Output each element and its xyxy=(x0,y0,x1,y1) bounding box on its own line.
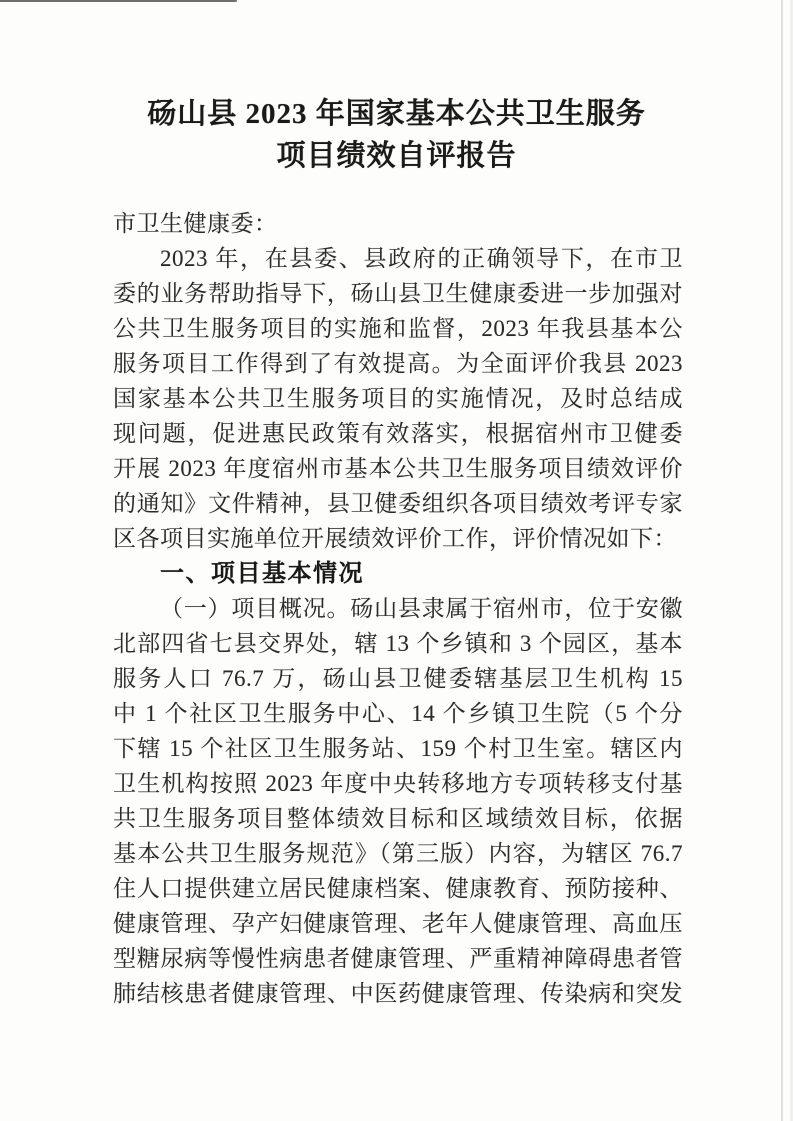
salutation-line: 市卫生健康委： xyxy=(113,206,683,241)
document-title: 砀山县 2023 年国家基本公共卫生服务 项目绩效自评报告 xyxy=(0,93,793,177)
body-line: 型糖尿病等慢性病患者健康管理、严重精神障碍患者管理、 xyxy=(113,941,683,976)
scanned-document-page: 砀山县 2023 年国家基本公共卫生服务 项目绩效自评报告 市卫生健康委： 20… xyxy=(0,0,793,1121)
document-title-line2: 项目绩效自评报告 xyxy=(0,135,793,177)
scan-artifact-top-line xyxy=(0,0,237,2)
body-line: 的通知》文件精神，县卫健委组织各项目绩效考评专家对辖 xyxy=(113,486,683,521)
body-line: 中 1 个社区卫生服务中心、14 个乡镇卫生院（5 个分院）。 xyxy=(113,696,683,731)
body-line: 住人口提供建立居民健康档案、健康教育、预防接种、儿童 xyxy=(113,871,683,906)
document-body: 市卫生健康委： 2023 年，在县委、县政府的正确领导下，在市卫生健康 委的业务… xyxy=(113,206,683,1011)
body-line: 委的业务帮助指导下，砀山县卫生健康委进一步加强对基本 xyxy=(113,276,683,311)
body-line: （一）项目概况。砀山县隶属于宿州市，位于安徽省最 xyxy=(113,591,683,626)
section-heading: 一、项目基本情况 xyxy=(113,556,683,591)
body-line: 开展 2023 年度宿州市基本公共卫生服务项目绩效评价工作 xyxy=(113,451,683,486)
body-line: 区各项目实施单位开展绩效评价工作，评价情况如下： xyxy=(113,521,683,556)
body-line: 服务项目工作得到了有效提高。为全面评价我县 2023 年度 xyxy=(113,346,683,381)
body-line: 服务人口 76.7 万，砀山县卫健委辖基层卫生机构 15 个，其 xyxy=(113,661,683,696)
body-line: 公共卫生服务项目的实施和监督，2023 年我县基本公共卫生 xyxy=(113,311,683,346)
body-line: 2023 年，在县委、县政府的正确领导下，在市卫生健康 xyxy=(113,241,683,276)
body-line: 共卫生服务项目整体绩效目标和区域绩效目标，依据《国家 xyxy=(113,801,683,836)
body-line: 下辖 15 个社区卫生服务站、159 个村卫生室。辖区内各基层 xyxy=(113,731,683,766)
body-line: 基本公共卫生服务规范》（第三版）内容，为辖区 76.7 万常 xyxy=(113,836,683,871)
body-line: 肺结核患者健康管理、中医药健康管理、传染病和突发公共 xyxy=(113,976,683,1011)
document-title-line1: 砀山县 2023 年国家基本公共卫生服务 xyxy=(0,93,793,135)
body-line: 国家基本公共卫生服务项目的实施情况，及时总结成绩，发 xyxy=(113,381,683,416)
body-line: 健康管理、孕产妇健康管理、老年人健康管理、高血压和 2 xyxy=(113,906,683,941)
body-line: 北部四省七县交界处，辖 13 个乡镇和 3 个园区，基本公卫 xyxy=(113,626,683,661)
body-line: 卫生机构按照 2023 年度中央转移地方专项转移支付基本公 xyxy=(113,766,683,801)
body-line: 现问题，促进惠民政策有效落实，根据宿州市卫健委《关于 xyxy=(113,416,683,451)
